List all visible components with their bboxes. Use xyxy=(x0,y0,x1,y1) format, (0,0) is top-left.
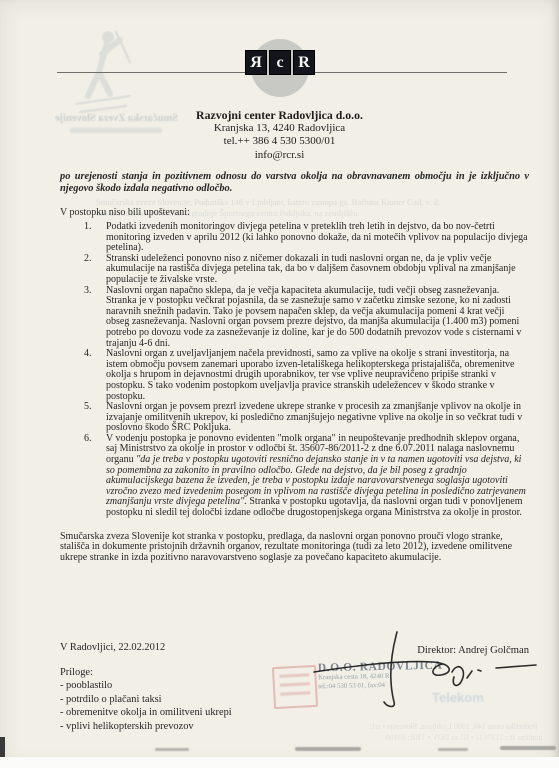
scan-corner-mark xyxy=(0,737,5,759)
org-name: Razvojni center Radovljica d.o.o. xyxy=(0,109,559,122)
scan-smudge xyxy=(155,748,189,751)
list-item: 3. Naslovni organ napačno sklepa, da je … xyxy=(60,286,529,350)
list-item: 4. Naslovni organ z uveljavljanjem načel… xyxy=(60,349,529,402)
scan-smudge xyxy=(295,747,361,751)
attachments-heading: Priloge: xyxy=(60,666,232,679)
objection-list: 1. Podatki izvedenih monitoringov divjeg… xyxy=(60,222,529,519)
org-phone: tel.++ 386 4 530 5300/01 xyxy=(0,135,559,148)
list-item: 5. Naslovni organ je povsem prezrl izved… xyxy=(60,402,529,434)
logo-letter: c xyxy=(269,50,291,75)
logo-letter: R xyxy=(293,50,315,75)
logo-letter: Я xyxy=(245,50,267,75)
letter-body: po urejenosti stanja in pozitivnem odnos… xyxy=(60,171,529,563)
list-item: 2. Stranski udeleženci ponovno niso z ni… xyxy=(60,254,529,286)
list-item: 6. V vodenju postopka je ponovno evident… xyxy=(60,434,529,519)
item-text: Podatki izvedenih monitoringov divjega p… xyxy=(106,222,529,254)
scan-smudge xyxy=(500,746,556,750)
skier-watermark-icon xyxy=(72,28,134,120)
org-address: Kranjska 13, 4240 Radovljica xyxy=(0,122,559,135)
scan-smudge xyxy=(438,748,468,751)
closing-paragraph: Smučarska zveza Slovenije kot stranka v … xyxy=(60,532,529,564)
letterhead: Razvojni center Radovljica d.o.o. Kranjs… xyxy=(0,109,559,162)
bleedthrough-text: matična št.: 5137632 • ID za DDV • TRR: … xyxy=(383,733,543,742)
intro-paragraph: po urejenosti stanja in pozitivnem odnos… xyxy=(60,171,529,195)
attachment-item: - potrdilo o plačani taksi xyxy=(60,693,232,706)
list-heading: V postopku niso bili upoštevani: xyxy=(60,208,529,219)
attachment-item: - obremenitve okolja in omilitveni ukrep… xyxy=(60,706,232,719)
item-number: 2. xyxy=(84,254,106,286)
rcr-logo: Я c R xyxy=(245,50,315,75)
attachment-item: - vplivi helikopterskih prevozov xyxy=(60,720,232,733)
list-item: 1. Podatki izvedenih monitoringov divjeg… xyxy=(60,222,529,254)
place-date: V Radovljici, 22.02.2012 xyxy=(60,642,165,653)
item-number: 6. xyxy=(84,434,106,519)
org-email: info@rcr.si xyxy=(0,149,559,162)
item-number: 1. xyxy=(84,222,106,254)
bleedthrough-text: Podutiška cesta 146, 1000 Ljubljana, Slo… xyxy=(370,722,537,731)
item-text: V vodenju postopka je ponovno evidenten … xyxy=(106,434,529,519)
item-number: 4. xyxy=(84,349,106,402)
signature-scrawl xyxy=(300,628,550,712)
item-number: 3. xyxy=(84,286,106,350)
attachment-item: - pooblastilo xyxy=(60,679,232,692)
item-text: Stranski udeleženci ponovno niso z ničem… xyxy=(106,254,529,286)
attachments-block: Priloge: - pooblastilo - potrdilo o plač… xyxy=(60,666,232,733)
item-text: Naslovni organ napačno sklepa, da je več… xyxy=(106,286,529,350)
scanned-letter-page: Smučarska Zveza Slovenije Smučarska zvez… xyxy=(0,0,559,768)
scanner-edge-strip xyxy=(0,757,559,768)
item-text: Naslovni organ z uveljavljanjem načela p… xyxy=(106,349,529,402)
item-number: 5. xyxy=(84,402,106,434)
item-text: Naslovni organ je povsem prezrl izvedene… xyxy=(106,402,529,434)
